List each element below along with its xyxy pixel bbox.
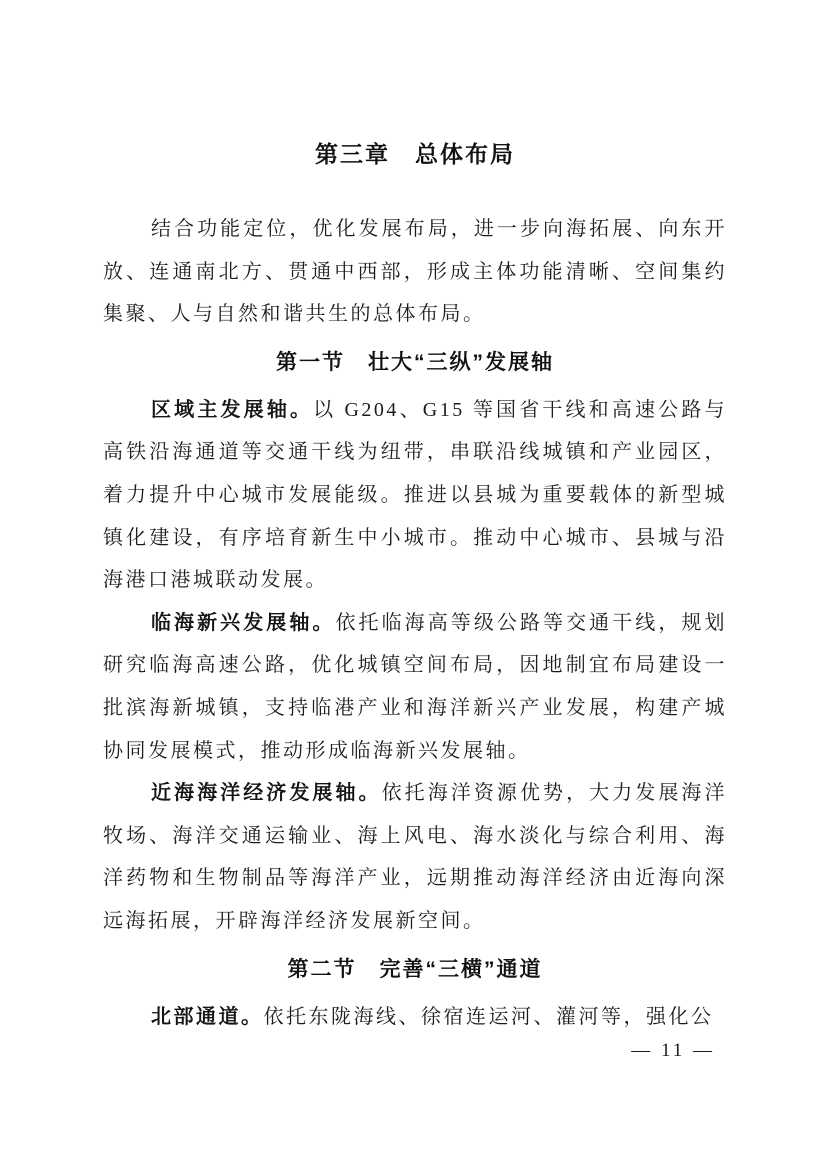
- paragraph-body: 依托海洋资源优势，大力发展海洋牧场、海洋交通运输业、海上风电、海水淡化与综合利用…: [103, 782, 727, 932]
- chapter-title: 第三章 总体布局: [103, 138, 727, 172]
- paragraph-lead: 区域主发展轴。: [151, 399, 313, 421]
- paragraph: 区域主发展轴。以 G204、G15 等国省干线和高速公路与高铁沿海通道等交通干线…: [103, 389, 727, 602]
- paragraph: 临海新兴发展轴。依托临海高等级公路等交通干线，规划研究临海高速公路，优化城镇空间…: [103, 602, 727, 772]
- paragraph: 近海海洋经济发展轴。依托海洋资源优势，大力发展海洋牧场、海洋交通运输业、海上风电…: [103, 772, 727, 942]
- paragraph-lead: 北部通道。: [151, 1006, 264, 1028]
- paragraph-lead: 近海海洋经济发展轴。: [151, 782, 382, 804]
- page-number: — 11 —: [631, 1040, 715, 1062]
- paragraph-body: 依托临海高等级公路等交通干线，规划研究临海高速公路，优化城镇空间布局，因地制宜布…: [103, 612, 727, 762]
- paragraph-body: 以 G204、G15 等国省干线和高速公路与高铁沿海通道等交通干线为纽带，串联沿…: [103, 399, 727, 591]
- document-page: 第三章 总体布局 结合功能定位，优化发展布局，进一步向海拓展、向东开放、连通南北…: [0, 0, 827, 1169]
- paragraph-lead: 临海新兴发展轴。: [151, 612, 336, 634]
- paragraph-body: 依托东陇海线、徐宿连运河、灌河等，强化公: [264, 1006, 714, 1028]
- intro-paragraph: 结合功能定位，优化发展布局，进一步向海拓展、向东开放、连通南北方、贯通中西部，形…: [103, 208, 727, 336]
- paragraph: 北部通道。依托东陇海线、徐宿连运河、灌河等，强化公: [103, 996, 727, 1039]
- section-heading-1: 第一节 壮大“三纵”发展轴: [103, 341, 727, 384]
- page-content: 第三章 总体布局 结合功能定位，优化发展布局，进一步向海拓展、向东开放、连通南北…: [103, 138, 727, 1038]
- section-heading-2: 第二节 完善“三横”通道: [103, 948, 727, 991]
